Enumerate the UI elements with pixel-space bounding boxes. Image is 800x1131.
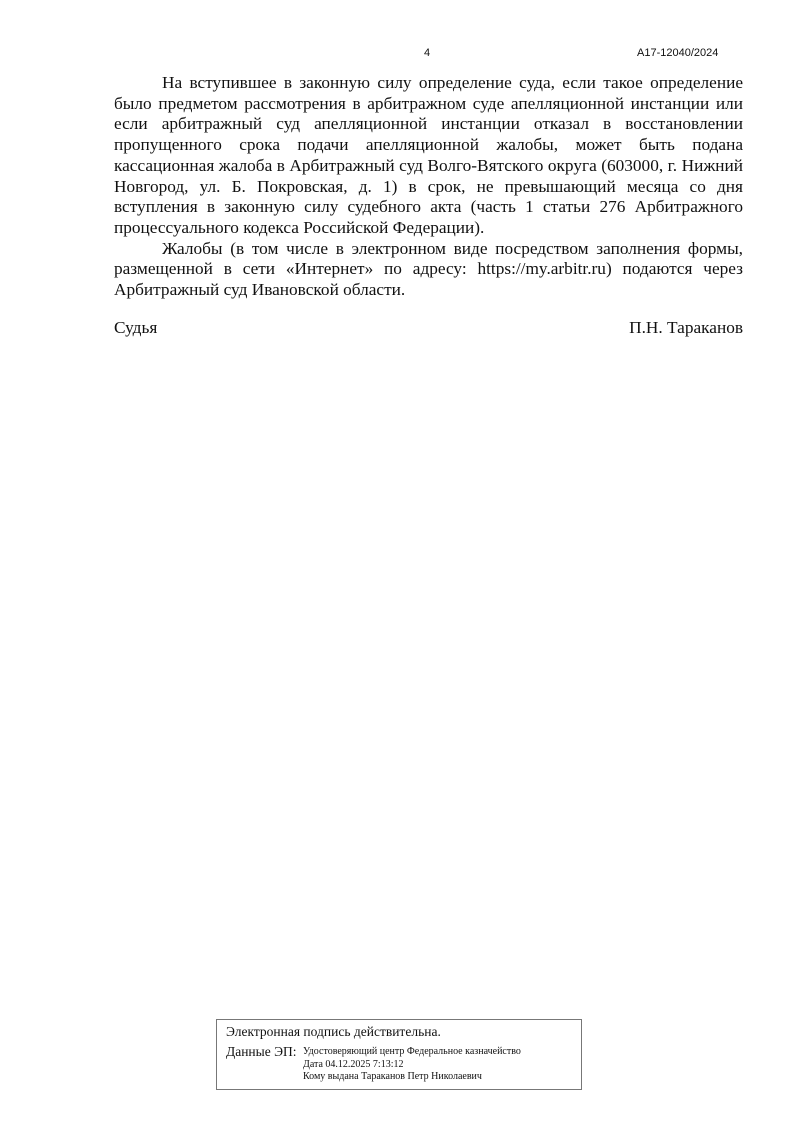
signer-role: Судья bbox=[114, 318, 157, 338]
e-signature-title: Электронная подпись действительна. bbox=[226, 1024, 441, 1040]
e-signature-owner: Кому выдана Тараканов Петр Николаевич bbox=[303, 1071, 521, 1084]
electronic-signature-stamp: Электронная подпись действительна. Данны… bbox=[216, 1019, 582, 1090]
case-number: А17-12040/2024 bbox=[637, 47, 718, 59]
signer-name: П.Н. Тараканов bbox=[629, 318, 743, 338]
e-signature-date: Дата 04.12.2025 7:13:12 bbox=[303, 1059, 521, 1072]
page-number: 4 bbox=[424, 47, 430, 59]
e-signature-issuer: Удостоверяющий центр Федеральное казначе… bbox=[303, 1046, 521, 1059]
e-signature-details: Удостоверяющий центр Федеральное казначе… bbox=[303, 1046, 521, 1084]
document-body: На вступившее в законную силу определени… bbox=[114, 73, 743, 301]
e-signature-label: Данные ЭП: bbox=[226, 1044, 297, 1060]
paragraph-appeal-procedure: На вступившее в законную силу определени… bbox=[114, 73, 743, 239]
paragraph-filing-method: Жалобы (в том числе в электронном виде п… bbox=[114, 239, 743, 301]
signature-row: Судья П.Н. Тараканов bbox=[114, 318, 743, 338]
